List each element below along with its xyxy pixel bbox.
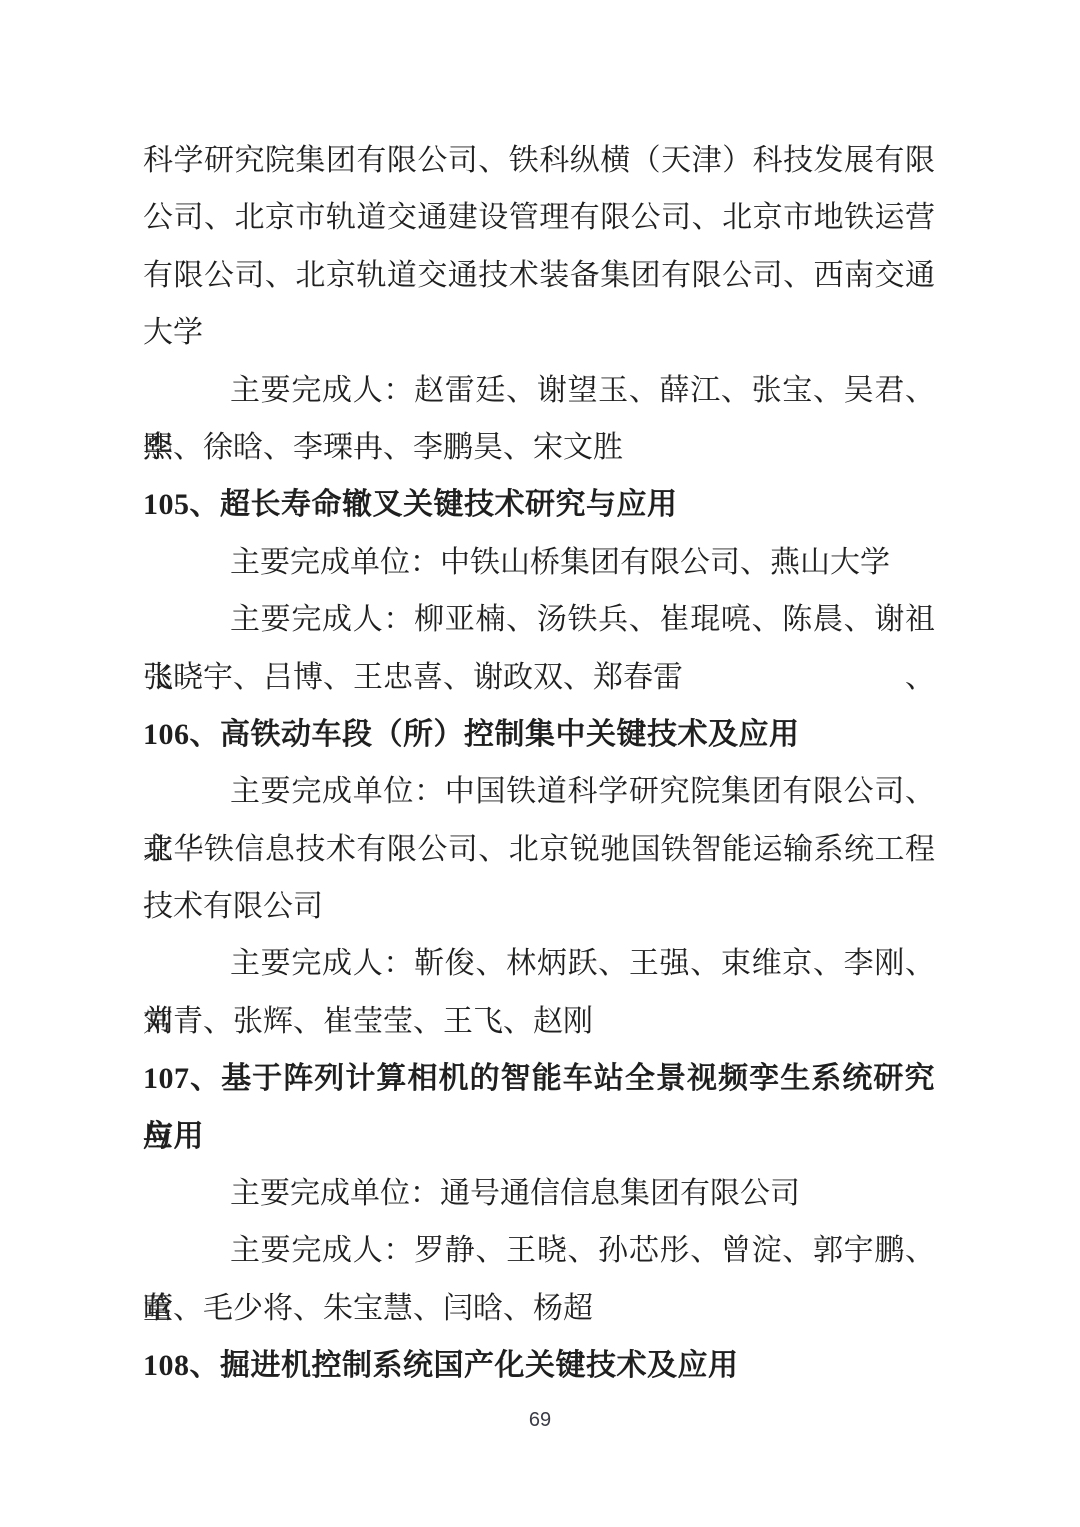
contributors-line: 熙、徐晗、李瑮冉、李鹏昊、宋文胜 — [143, 419, 935, 476]
units-line: 技术有限公司 — [143, 878, 935, 935]
contributors-line: 主要完成人：赵雷廷、谢望玉、薛江、张宝、吴君、李 — [143, 362, 935, 419]
units-line: 大学 — [143, 304, 935, 361]
award-title-105: 105、超长寿命辙叉关键技术研究与应用 — [143, 476, 935, 533]
award-title-107-continuation: 应用 — [143, 1108, 935, 1165]
contributors-line: 常青、张辉、崔莹莹、王飞、赵刚 — [143, 993, 935, 1050]
contributors-line: 主要完成人：靳俊、林炳跃、王强、束维京、李刚、刘 — [143, 935, 935, 992]
page-number: 69 — [0, 1405, 1080, 1435]
units-line: 主要完成单位：中国铁道科学研究院集团有限公司、北 — [143, 763, 935, 820]
units-line: 主要完成单位：中铁山桥集团有限公司、燕山大学 — [143, 534, 935, 591]
contributors-line: 晗、毛少将、朱宝慧、闫晗、杨超 — [143, 1280, 935, 1337]
units-line: 京华铁信息技术有限公司、北京锐驰国铁智能运输系统工程 — [143, 821, 935, 878]
units-line: 公司、北京市轨道交通建设管理有限公司、北京市地铁运营 — [143, 189, 935, 246]
item-105: 105、超长寿命辙叉关键技术研究与应用 主要完成单位：中铁山桥集团有限公司、燕山… — [143, 476, 935, 706]
document-body: 科学研究院集团有限公司、铁科纵横（天津）科技发展有限 公司、北京市轨道交通建设管… — [143, 132, 935, 1395]
award-title-106: 106、高铁动车段（所）控制集中关键技术及应用 — [143, 706, 935, 763]
item-108: 108、掘进机控制系统国产化关键技术及应用 — [143, 1337, 935, 1394]
item-106: 106、高铁动车段（所）控制集中关键技术及应用 主要完成单位：中国铁道科学研究院… — [143, 706, 935, 1050]
item-107: 107、基于阵列计算相机的智能车站全景视频孪生系统研究与 应用 主要完成单位：通… — [143, 1050, 935, 1337]
award-title-107: 107、基于阵列计算相机的智能车站全景视频孪生系统研究与 — [143, 1050, 935, 1107]
document-page: 科学研究院集团有限公司、铁科纵横（天津）科技发展有限 公司、北京市轨道交通建设管… — [0, 0, 1080, 1527]
contributors-line: 主要完成人：罗静、王晓、孙芯彤、曾淀、郭宇鹏、董 — [143, 1222, 935, 1279]
award-title-108: 108、掘进机控制系统国产化关键技术及应用 — [143, 1337, 935, 1394]
units-line: 主要完成单位：通号通信信息集团有限公司 — [143, 1165, 935, 1222]
units-line: 有限公司、北京轨道交通技术装备集团有限公司、西南交通 — [143, 247, 935, 304]
contributors-line: 主要完成人：柳亚楠、汤铁兵、崔琨喨、陈晨、谢祖飞、 — [143, 591, 935, 648]
units-line: 科学研究院集团有限公司、铁科纵横（天津）科技发展有限 — [143, 132, 935, 189]
item-104-continuation: 科学研究院集团有限公司、铁科纵横（天津）科技发展有限 公司、北京市轨道交通建设管… — [143, 132, 935, 476]
